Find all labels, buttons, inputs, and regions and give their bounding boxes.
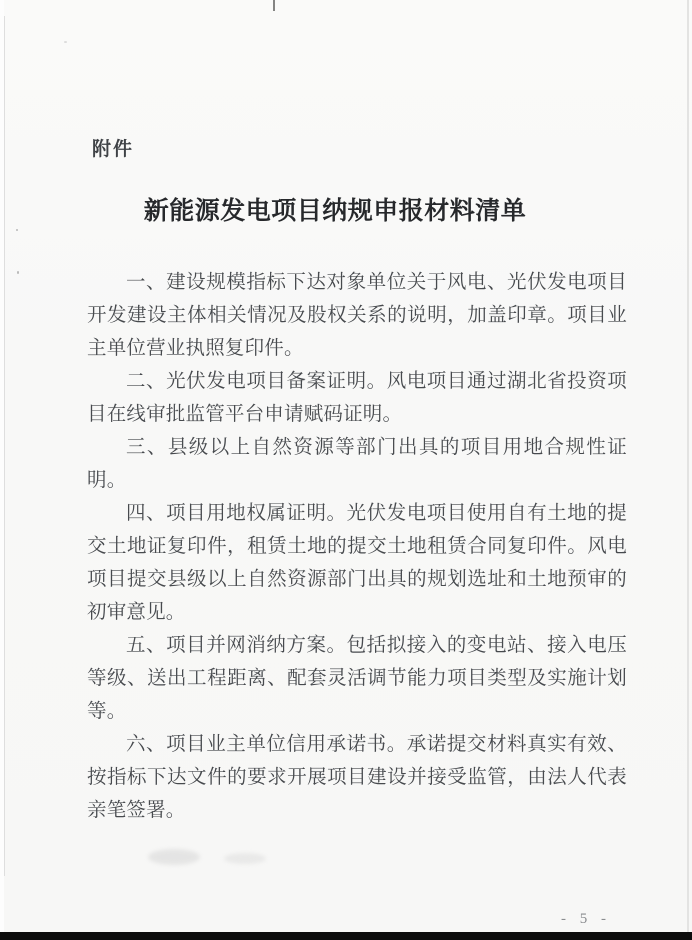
document-title: 新能源发电项目纳规申报材料清单: [0, 191, 670, 227]
scanned-document-page: 附件 新能源发电项目纳规申报材料清单 一、建设规模指标下达对象单位关于风电、光伏…: [0, 0, 692, 940]
scan-bottom-black-bar: [0, 932, 692, 940]
scan-artifact-smudge: [148, 849, 200, 865]
page-number: - 5 -: [543, 911, 629, 928]
paragraph-item-4: 四、项目用地权属证明。光伏发电项目使用自有土地的提交土地证复印件，租赁土地的提交…: [87, 497, 627, 629]
scan-edge-right-line: [687, 0, 689, 933]
scan-artifact-smudge: [224, 853, 266, 864]
paragraph-item-5: 五、项目并网消纳方案。包括拟接入的变电站、接入电压等级、送出工程距离、配套灵活调…: [87, 629, 627, 728]
scan-edge-left-line: [4, 16, 5, 876]
scan-artifact-speck: [16, 229, 18, 231]
scan-artifact-speck: [64, 41, 67, 43]
paragraph-item-2: 二、光伏发电项目备案证明。风电项目通过湖北省投资项目在线审批监管平台申请赋码证明…: [87, 365, 627, 431]
scan-artifact-speck: [17, 271, 19, 274]
attachment-label: 附件: [92, 134, 134, 161]
scan-artifact-top-tick: [273, 0, 275, 11]
paragraph-item-1: 一、建设规模指标下达对象单位关于风电、光伏发电项目开发建设主体相关情况及股权关系…: [87, 266, 627, 365]
paragraph-item-3: 三、县级以上自然资源等部门出具的项目用地合规性证明。: [87, 431, 627, 497]
paragraph-item-6: 六、项目业主单位信用承诺书。承诺提交材料真实有效、按指标下达文件的要求开展项目建…: [87, 728, 627, 827]
document-body: 一、建设规模指标下达对象单位关于风电、光伏发电项目开发建设主体相关情况及股权关系…: [87, 266, 627, 827]
